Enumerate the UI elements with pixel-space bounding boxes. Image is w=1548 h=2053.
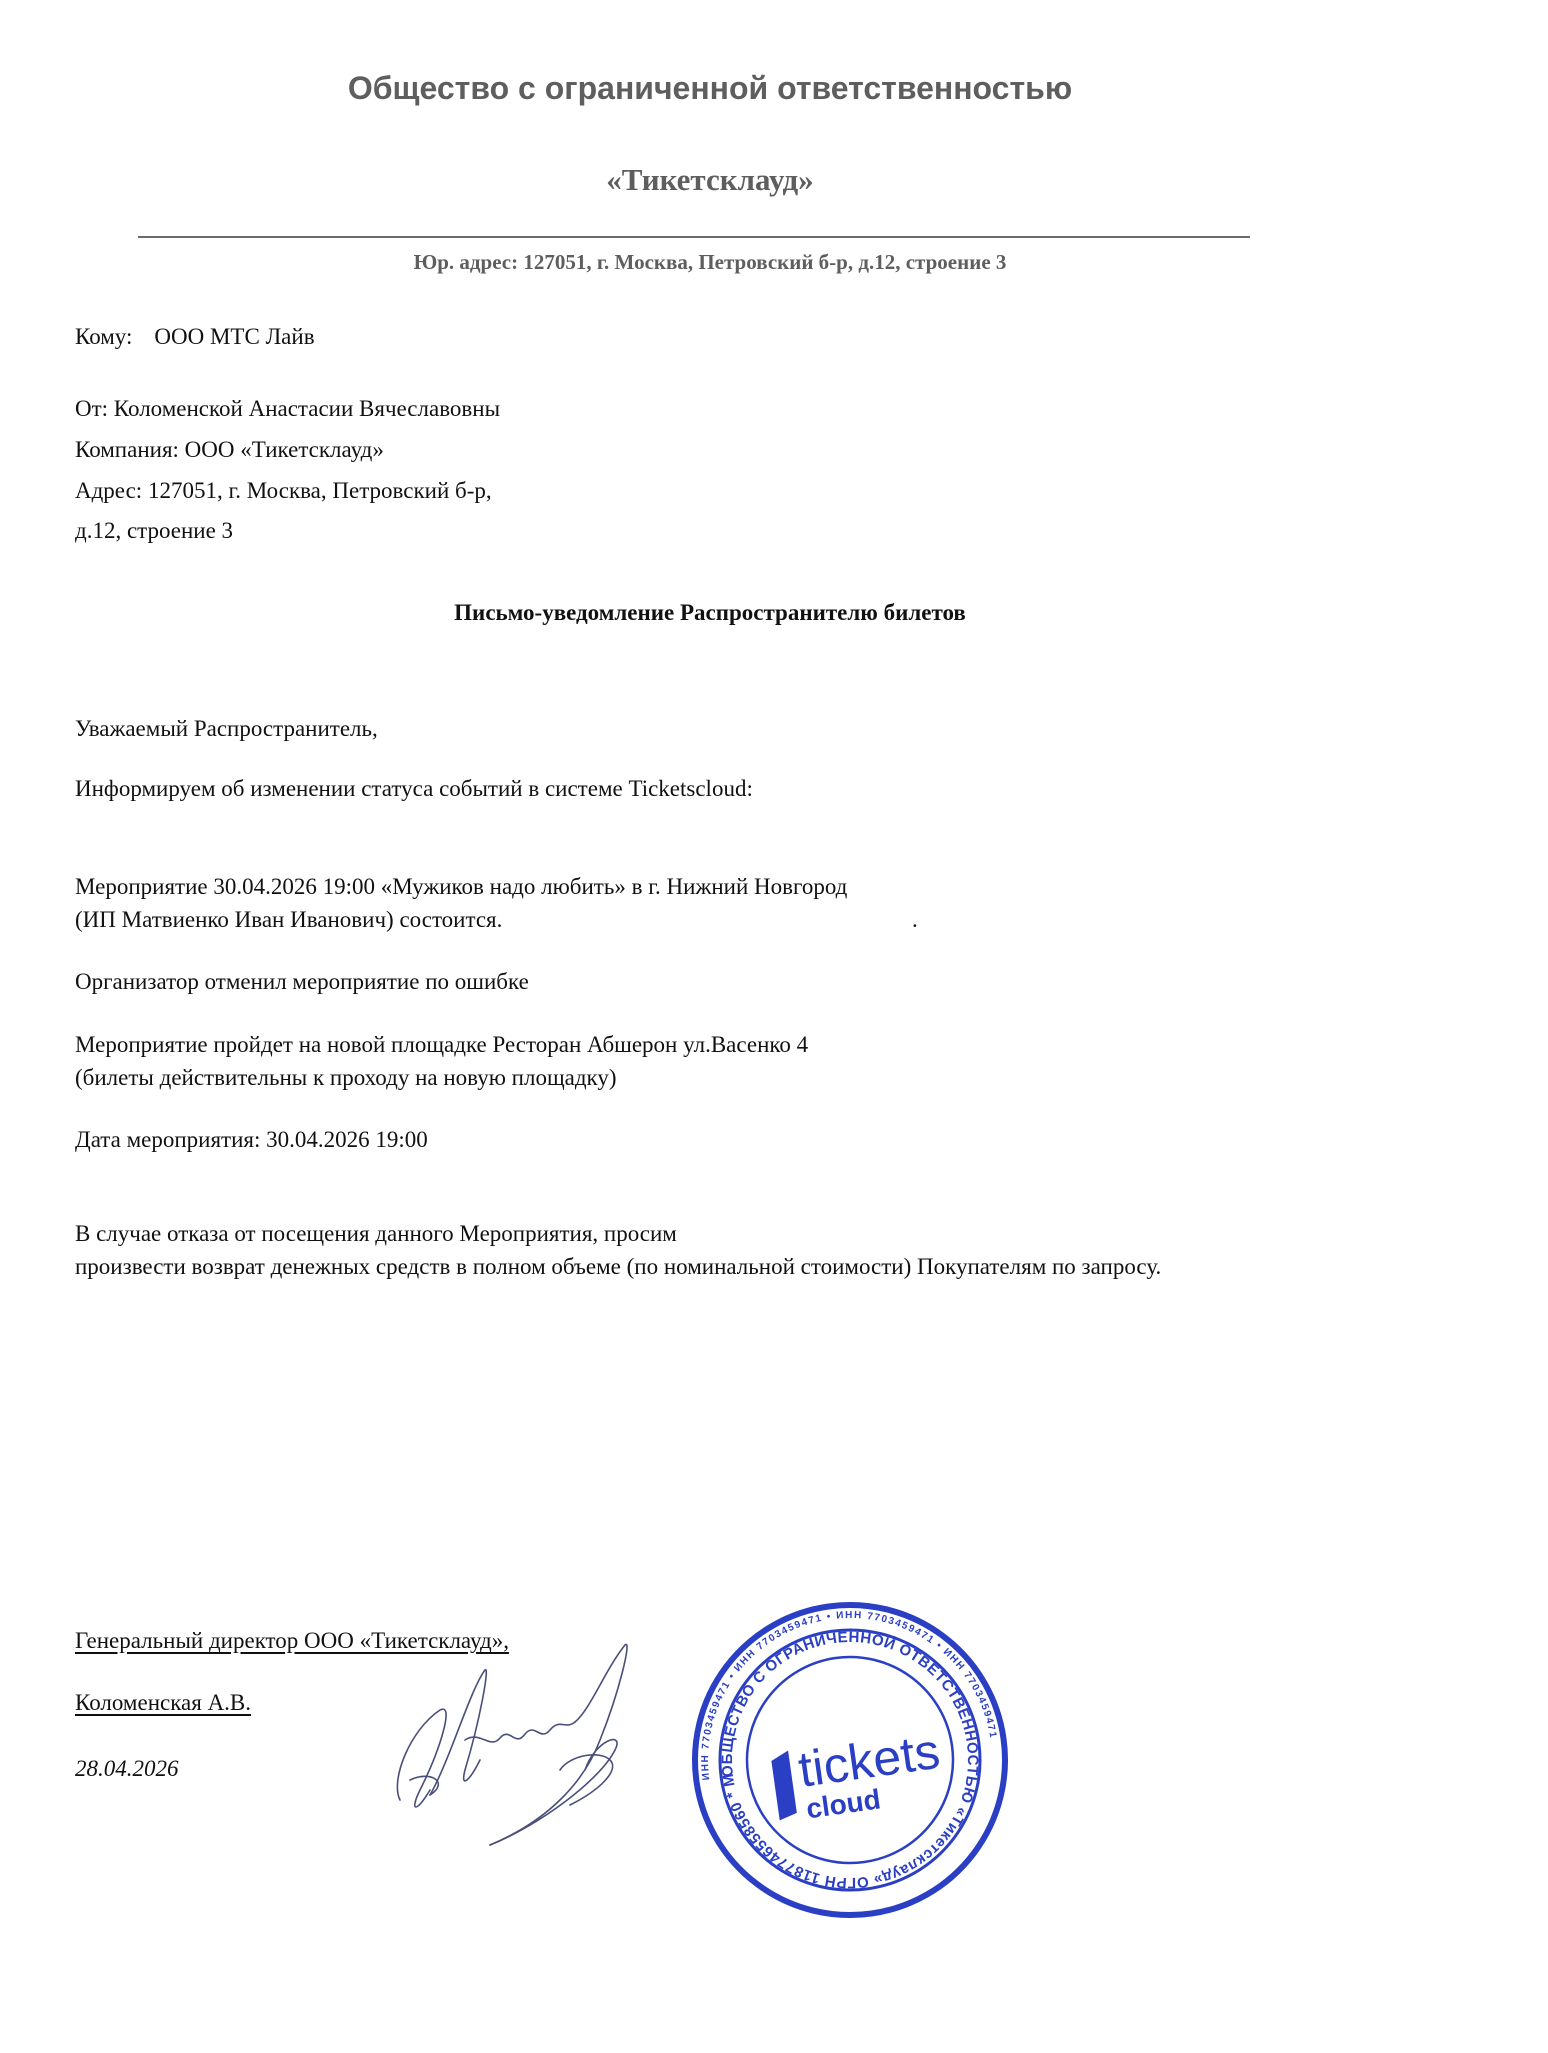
refund-line-1: В случае отказа от посещения данного Мер… bbox=[75, 1221, 677, 1247]
sender-address-line1: Адрес: 127051, г. Москва, Петровский б-р… bbox=[75, 478, 492, 504]
sender-address-line2: д.12, строение 3 bbox=[75, 518, 233, 544]
sender-company: Компания: ООО «Тикетсклауд» bbox=[75, 437, 384, 463]
event-date-line: Дата мероприятия: 30.04.2026 19:00 bbox=[75, 1127, 428, 1153]
intro-paragraph: Информируем об изменении статуса событий… bbox=[75, 776, 753, 802]
event-line-1: Мероприятие 30.04.2026 19:00 «Мужиков на… bbox=[75, 874, 847, 900]
signatory-name: Коломенская А.В. bbox=[75, 1690, 251, 1716]
recipient-label: Кому: bbox=[75, 324, 132, 349]
recipient-line: Кому:ООО МТС Лайв bbox=[75, 324, 315, 350]
event-line-2: (ИП Матвиенко Иван Иванович) состоится. bbox=[75, 907, 502, 933]
venue-line-1: Мероприятие пройдет на новой площадке Ре… bbox=[75, 1032, 808, 1058]
tickets-cloud-logo: tickets cloud bbox=[769, 1723, 947, 1829]
greeting: Уважаемый Распространитель, bbox=[75, 716, 378, 742]
letterhead-company-form: Общество с ограниченной ответственностью bbox=[0, 70, 1420, 107]
signature-date: 28.04.2026 bbox=[75, 1756, 179, 1782]
letterhead-divider bbox=[138, 236, 1250, 238]
refund-line-2: произвести возврат денежных средств в по… bbox=[75, 1254, 1161, 1280]
company-stamp: ИНН 7703459471 • ИНН 7703459471 • ИНН 77… bbox=[690, 1600, 1010, 1920]
handwritten-signature bbox=[370, 1630, 690, 1860]
letter-heading: Письмо-уведомление Распространителю биле… bbox=[0, 600, 1420, 626]
event-trailing-dot: . bbox=[912, 907, 918, 933]
sender-line: От: Коломенской Анастасии Вячеславовны bbox=[75, 396, 500, 422]
recipient-value: ООО МТС Лайв bbox=[154, 324, 314, 349]
letterhead-company-name: «Тикетсклауд» bbox=[0, 162, 1420, 198]
venue-line-2: (билеты действительны к проходу на новую… bbox=[75, 1065, 617, 1091]
reason-line: Организатор отменил мероприятие по ошибк… bbox=[75, 969, 529, 995]
letterhead-legal-address: Юр. адрес: 127051, г. Москва, Петровский… bbox=[0, 250, 1420, 275]
